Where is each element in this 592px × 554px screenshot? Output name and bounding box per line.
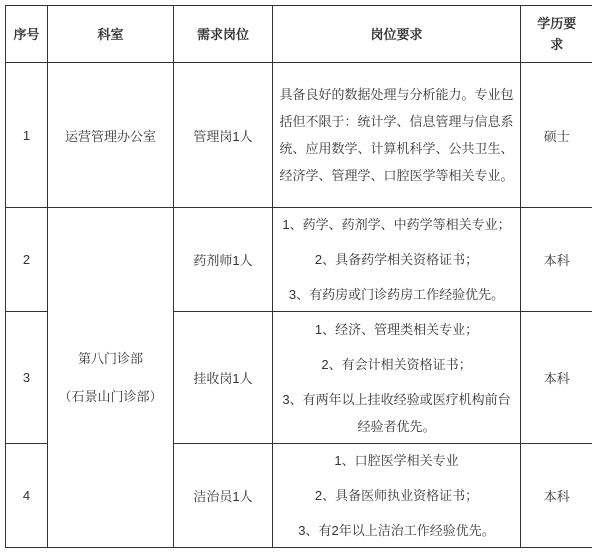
cell-department: 运营管理办公室: [48, 63, 174, 208]
cell-requirements: 1、口腔医学相关专业 2、具备医师执业资格证书； 3、有2年以上洁治工作经验优先…: [273, 444, 521, 548]
cell-education: 硕士: [521, 63, 592, 208]
cell-requirements: 1、药学、药剂学、中药学等相关专业； 2、具备药学相关资格证书； 3、有药房或门…: [273, 208, 521, 312]
cell-position: 药剂师1人: [174, 208, 273, 312]
cell-department-merged: 第八门诊部 （石景山门诊部）: [48, 208, 174, 548]
requirement-item: 1、口腔医学相关专业: [277, 447, 516, 474]
column-header-index: 序号: [6, 6, 48, 63]
header-row: 序号 科室 需求岗位 岗位要求 学历要求: [6, 6, 592, 63]
requirement-item: 2、有会计相关资格证书；: [277, 351, 516, 378]
requirement-text: 具备良好的数据处理与分析能力。专业包括但不限于：统计学、信息管理与信息系统、应用…: [277, 81, 516, 189]
requirement-item: 3、有两年以上挂收经验或医疗机构前台经验者优先。: [277, 386, 516, 440]
cell-index: 2: [6, 208, 48, 312]
column-header-department: 科室: [48, 6, 174, 63]
cell-education: 本科: [521, 208, 592, 312]
column-header-requirements: 岗位要求: [273, 6, 521, 63]
cell-requirements: 具备良好的数据处理与分析能力。专业包括但不限于：统计学、信息管理与信息系统、应用…: [273, 63, 521, 208]
requirement-item: 1、药学、药剂学、中药学等相关专业；: [277, 211, 516, 238]
cell-position: 管理岗1人: [174, 63, 273, 208]
cell-requirements: 1、经济、管理类相关专业； 2、有会计相关资格证书； 3、有两年以上挂收经验或医…: [273, 312, 521, 444]
table-row: 1 运营管理办公室 管理岗1人 具备良好的数据处理与分析能力。专业包括但不限于：…: [6, 63, 592, 208]
cell-education: 本科: [521, 312, 592, 444]
column-header-education-label: 学历要求: [535, 13, 578, 55]
cell-index: 4: [6, 444, 48, 548]
column-header-position: 需求岗位: [174, 6, 273, 63]
cell-education: 本科: [521, 444, 592, 548]
department-line: 第八门诊部: [52, 345, 169, 372]
requirement-item: 3、有2年以上洁治工作经验优先。: [277, 517, 516, 544]
requirement-item: 2、具备药学相关资格证书；: [277, 246, 516, 273]
cell-position: 洁治员1人: [174, 444, 273, 548]
department-line: （石景山门诊部）: [52, 383, 169, 410]
requirement-item: 1、经济、管理类相关专业；: [277, 316, 516, 343]
requirement-item: 2、具备医师执业资格证书；: [277, 482, 516, 509]
recruitment-table: 序号 科室 需求岗位 岗位要求 学历要求 1 运营管理办公室 管理岗1人 具备良…: [5, 5, 592, 548]
cell-position: 挂收岗1人: [174, 312, 273, 444]
column-header-education: 学历要求: [521, 6, 592, 63]
recruitment-table-container: 序号 科室 需求岗位 岗位要求 学历要求 1 运营管理办公室 管理岗1人 具备良…: [5, 5, 592, 548]
cell-index: 1: [6, 63, 48, 208]
table-row: 2 第八门诊部 （石景山门诊部） 药剂师1人 1、药学、药剂学、中药学等相关专业…: [6, 208, 592, 312]
requirement-item: 3、有药房或门诊药房工作经验优先。: [277, 281, 516, 308]
cell-index: 3: [6, 312, 48, 444]
